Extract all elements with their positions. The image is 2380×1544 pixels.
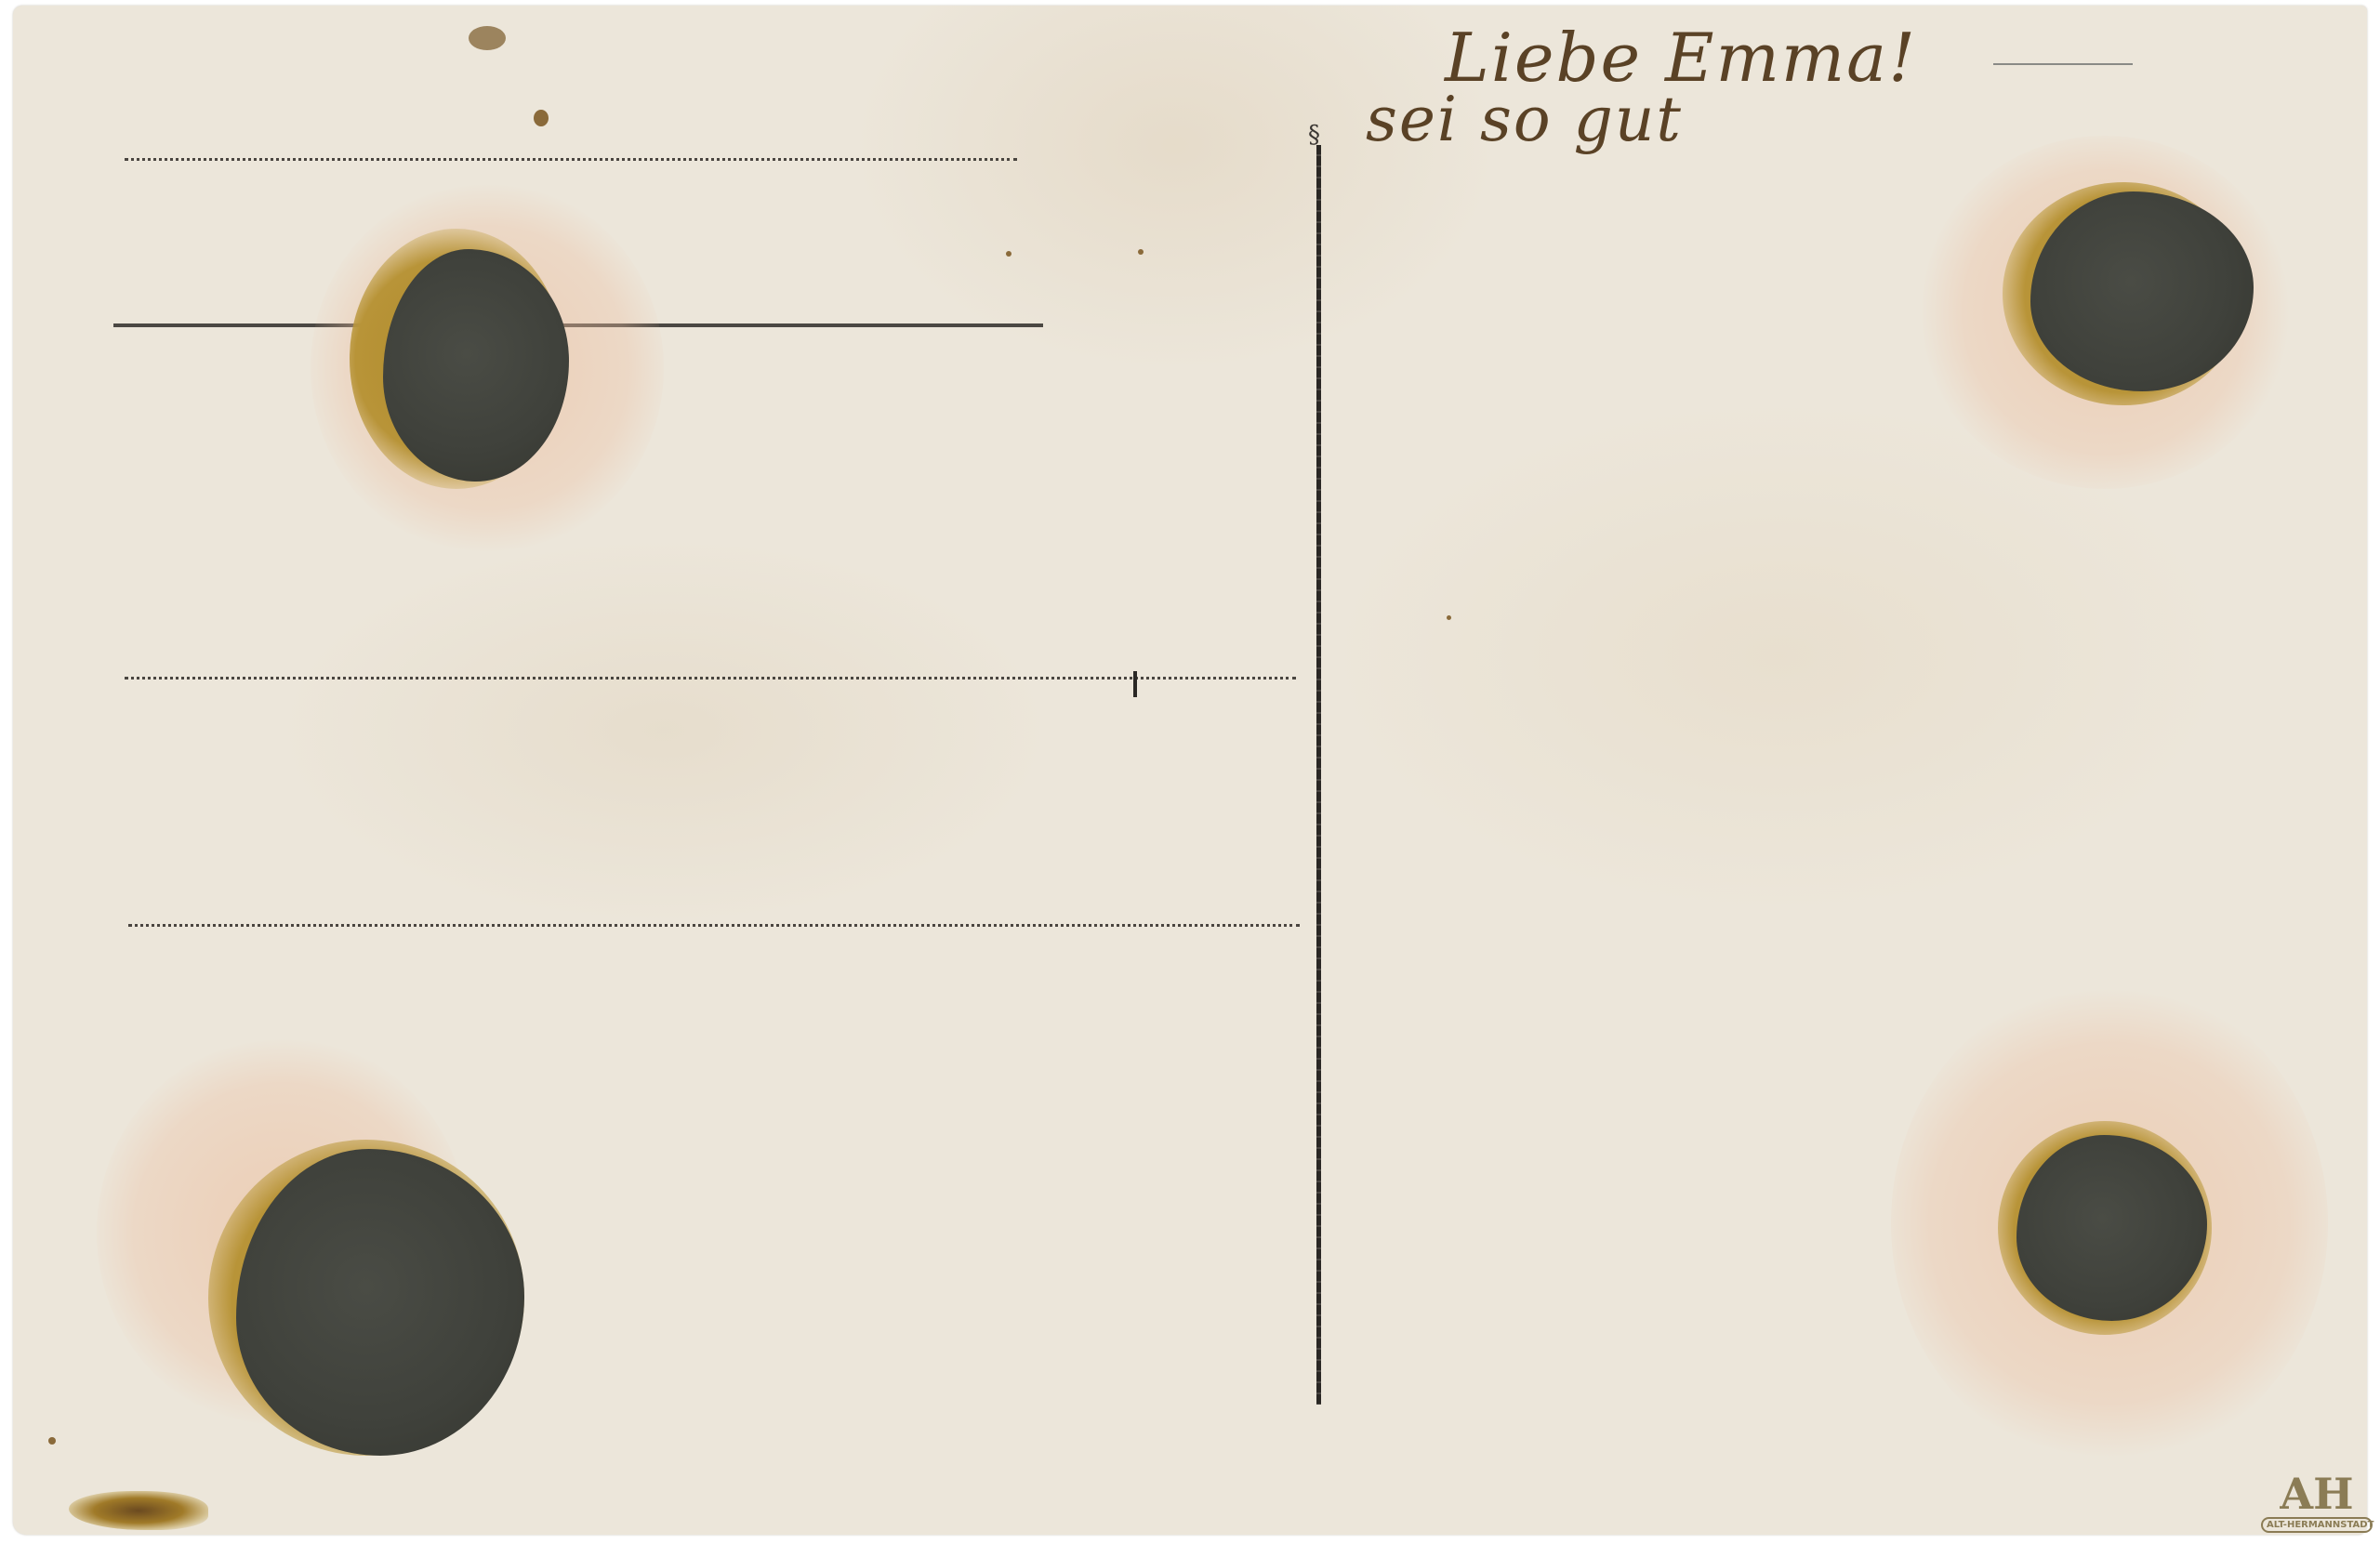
glue-spot-top-left [311, 145, 682, 554]
speck [48, 1437, 56, 1445]
watermark-logo: AH [2261, 1472, 2373, 1515]
vertical-divider [1316, 145, 1321, 1405]
glue-core [2016, 1135, 2207, 1321]
handwriting-dash [1993, 63, 2133, 65]
speck [1006, 251, 1011, 257]
address-line-1 [125, 158, 1017, 161]
corner-stain [69, 1491, 208, 1530]
speck [534, 110, 549, 126]
speck [469, 26, 506, 50]
watermark: AH ALT-HERMANNSTADT [2261, 1472, 2373, 1533]
glue-core [236, 1149, 524, 1456]
glue-spot-bottom-left [97, 1037, 543, 1465]
glue-spot-bottom-right [1891, 944, 2337, 1465]
glue-core [2030, 191, 2254, 391]
address-line-3 [125, 677, 1296, 680]
cross-mark [1133, 671, 1137, 697]
handwriting-line-2: sei so gut [1366, 84, 1683, 155]
postcard-back: § Liebe Emma! sei so gut AH ALT-HERMANNS… [13, 6, 2367, 1535]
address-line-4 [128, 924, 1300, 927]
speck [1447, 615, 1451, 620]
speck [1138, 249, 1144, 255]
glue-spot-top-right [1919, 136, 2309, 470]
glue-core [383, 249, 569, 482]
watermark-text: ALT-HERMANNSTADT [2261, 1517, 2373, 1533]
